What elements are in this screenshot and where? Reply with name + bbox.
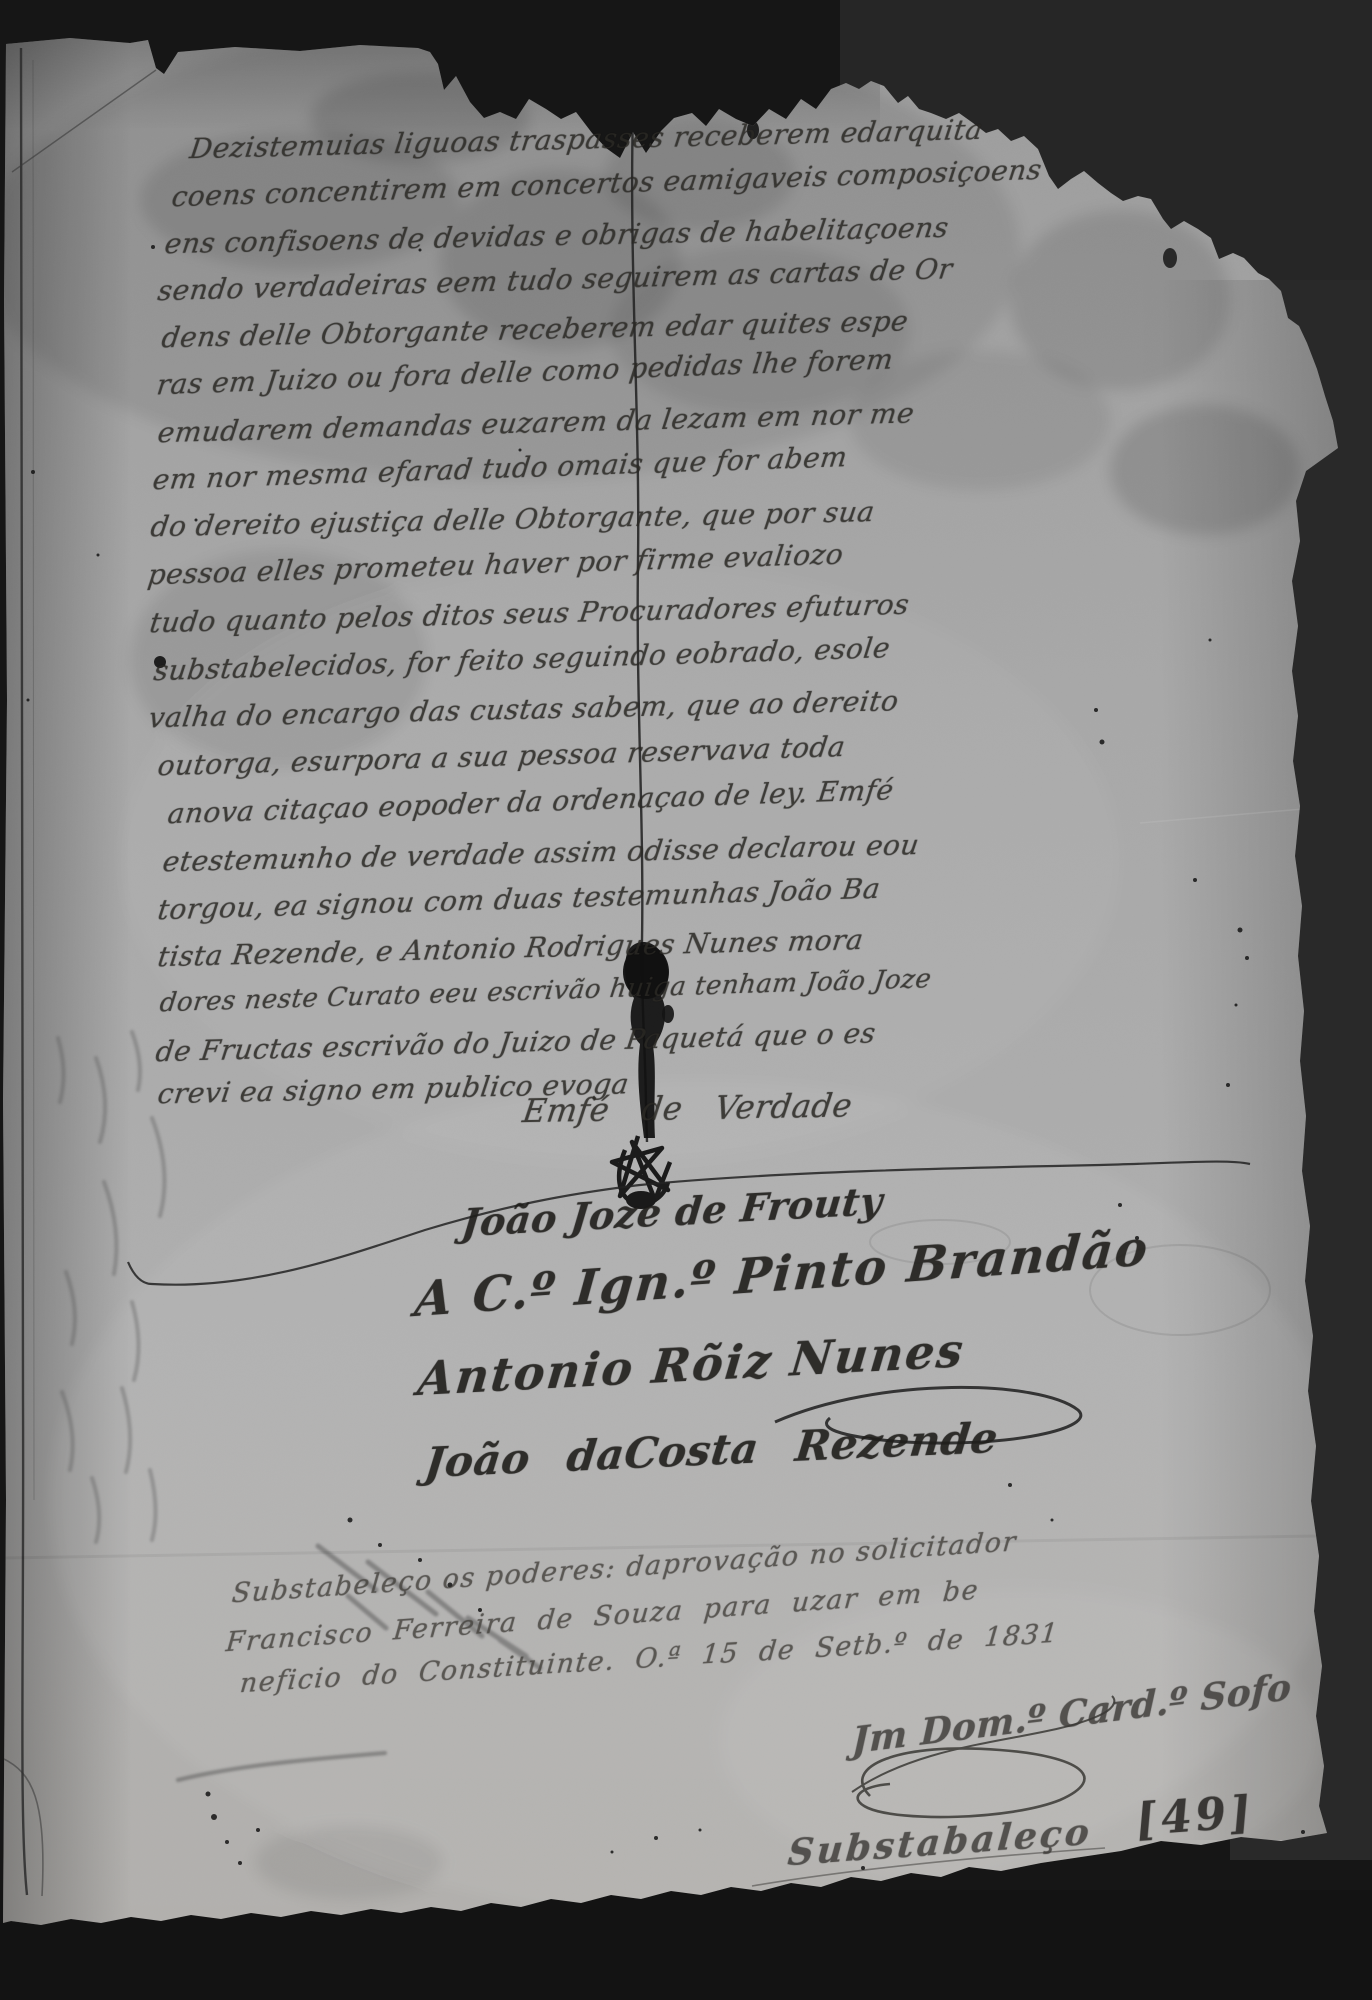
manuscript-line: anova citaçao eopoder da ordenaçao de le…	[166, 773, 896, 830]
notary-signature: João Joze de Frouty	[460, 1178, 885, 1245]
manuscript-line: dores neste Curato eeu escrivão huiga te…	[158, 964, 933, 1018]
manuscript-line: tista Rezende, e Antonio Rodrigues Nunes…	[156, 923, 866, 973]
manuscript-line: outorga, esurpora a sua pessoa reservava…	[156, 730, 848, 782]
manuscript-line: etestemunho de verdade assim odisse decl…	[161, 828, 922, 878]
manuscript-line: tudo quanto pelos ditos seus Procuradore…	[148, 587, 912, 639]
handwriting-layer: Dezistemuias liguoas traspasses recebere…	[0, 0, 1372, 2000]
manuscript-line: do dereito ejustiça delle Obtorgante, qu…	[149, 495, 877, 543]
manuscript-line: sendo verdadeiras eem tudo seguirem as c…	[156, 252, 955, 307]
attestation-line: Emfé de Verdade	[520, 1086, 854, 1130]
substabelecimento-closing: Substabaleço	[786, 1811, 1094, 1875]
manuscript-line: torgou, ea signou com duas testemunhas J…	[156, 871, 883, 926]
manuscript-photo: Dezistemuias liguoas traspasses recebere…	[0, 0, 1372, 2000]
page-number-marker: [49]	[1134, 1786, 1257, 1846]
manuscript-line: ens confisoens de devidas e obrigas de h…	[163, 211, 951, 261]
witness-signature: Antonio Rõiz Nunes	[415, 1323, 967, 1406]
manuscript-line: pessoa elles prometeu haver por firme ev…	[146, 537, 846, 591]
manuscript-line: substabelecidos, for feito seguindo eobr…	[152, 631, 892, 687]
manuscript-line: de Fructas escrivão do Juizo de Paquetá …	[154, 1016, 878, 1068]
substabelecimento-signature: Jm Dom.º Card.º Sofo	[851, 1666, 1292, 1762]
witness-signature: João daCosta Rezende	[422, 1413, 1001, 1487]
manuscript-line: valha do encargo das custas sabem, que a…	[147, 684, 901, 734]
manuscript-line: em nor mesma efarad tudo omais que for a…	[151, 440, 850, 496]
